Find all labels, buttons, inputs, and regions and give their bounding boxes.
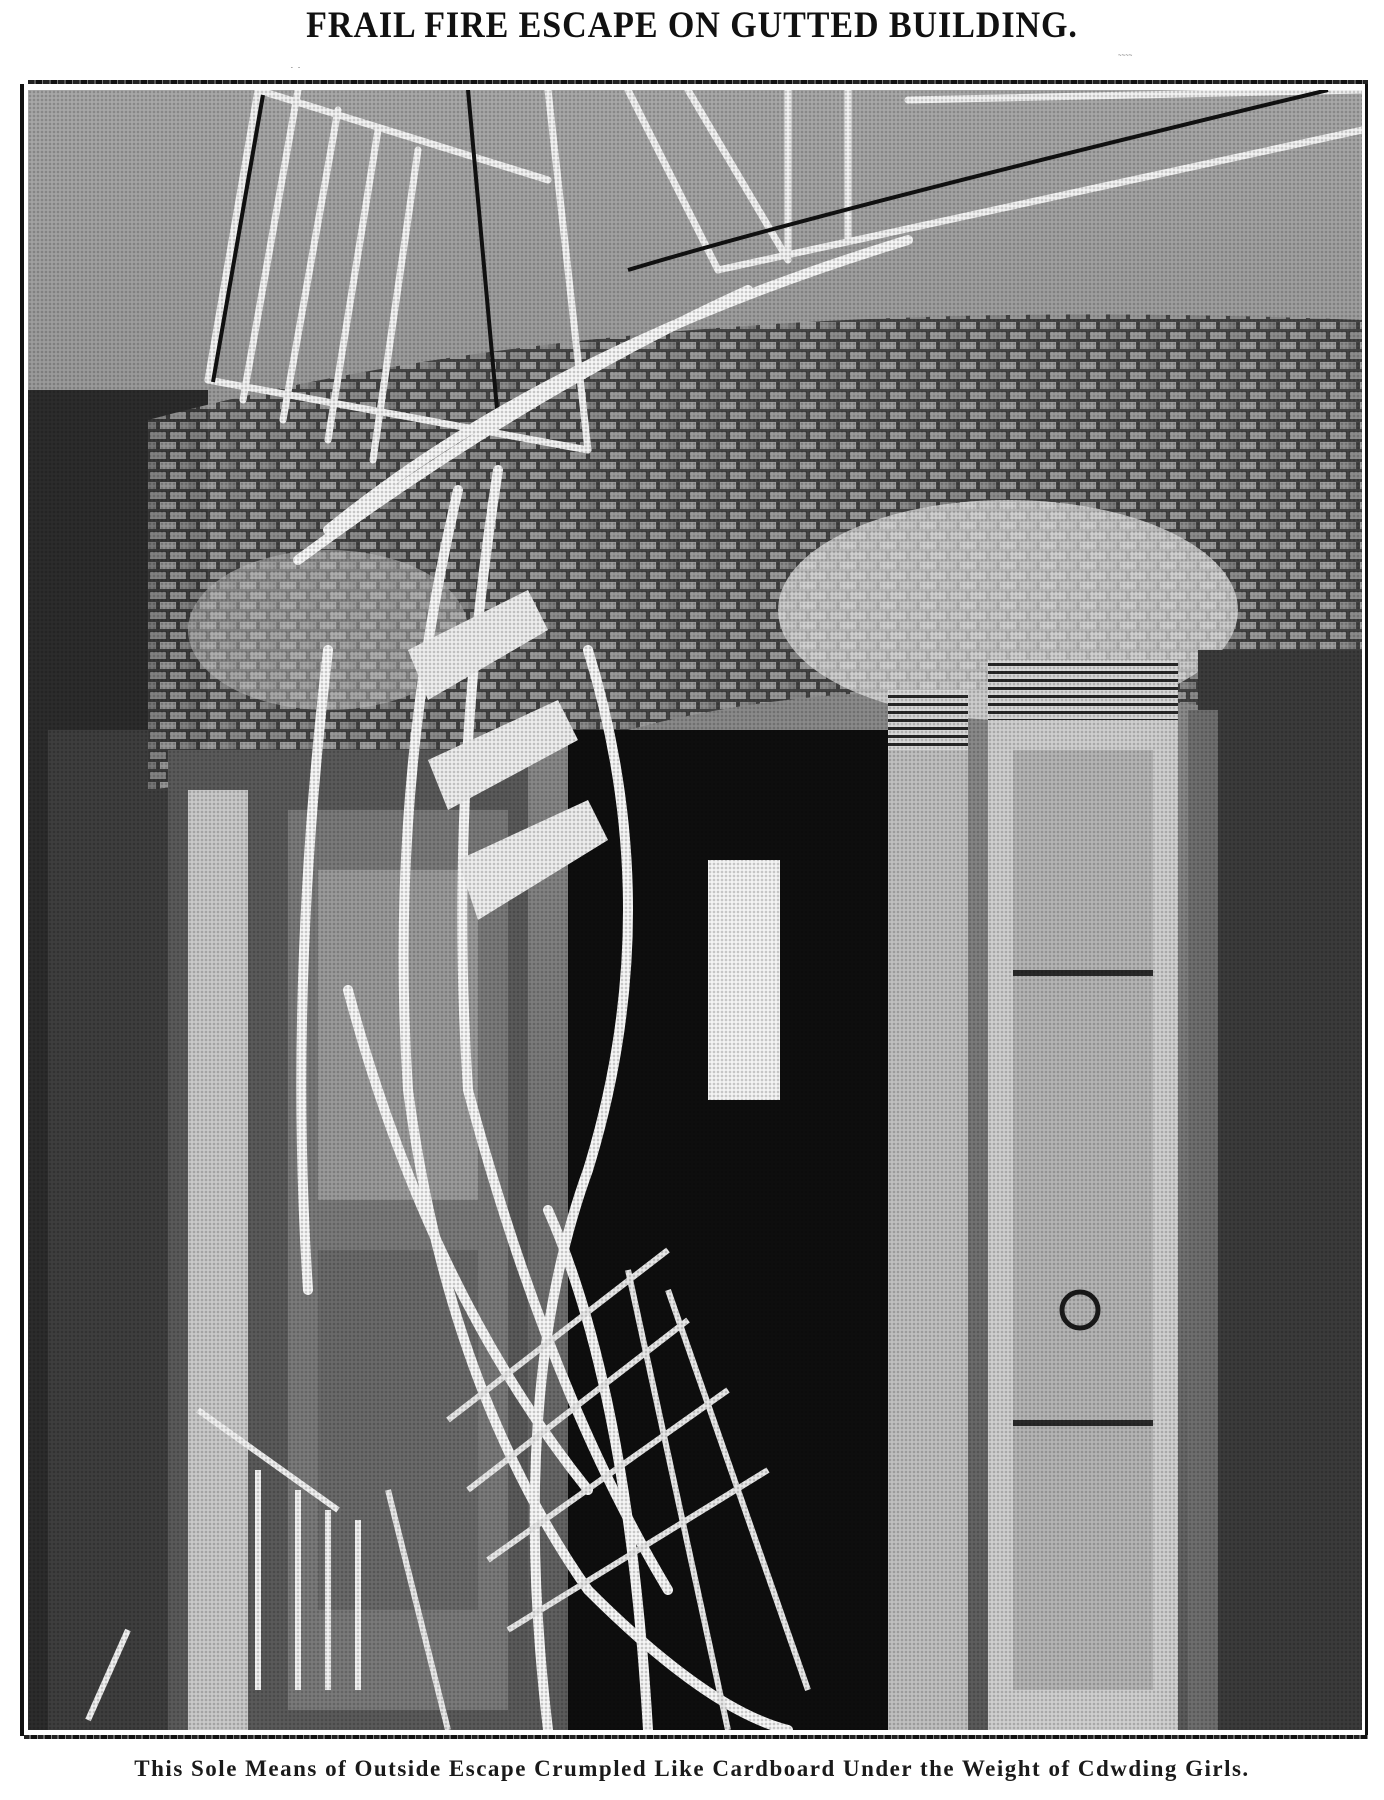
headline: FRAIL FIRE ESCAPE ON GUTTED BUILDING. bbox=[55, 4, 1328, 47]
photo-border-top bbox=[28, 80, 1368, 84]
photograph bbox=[28, 90, 1362, 1730]
print-speck: ~~~~ bbox=[1118, 52, 1132, 59]
photo-border-right bbox=[1365, 84, 1368, 1736]
photo-caption: This Sole Means of Outside Escape Crumpl… bbox=[0, 1756, 1384, 1782]
print-speck: - - bbox=[290, 64, 301, 71]
photo-border-bottom bbox=[24, 1735, 1368, 1739]
fire-escape-photo-illustration bbox=[28, 90, 1362, 1730]
photo-border-left bbox=[20, 84, 24, 1736]
